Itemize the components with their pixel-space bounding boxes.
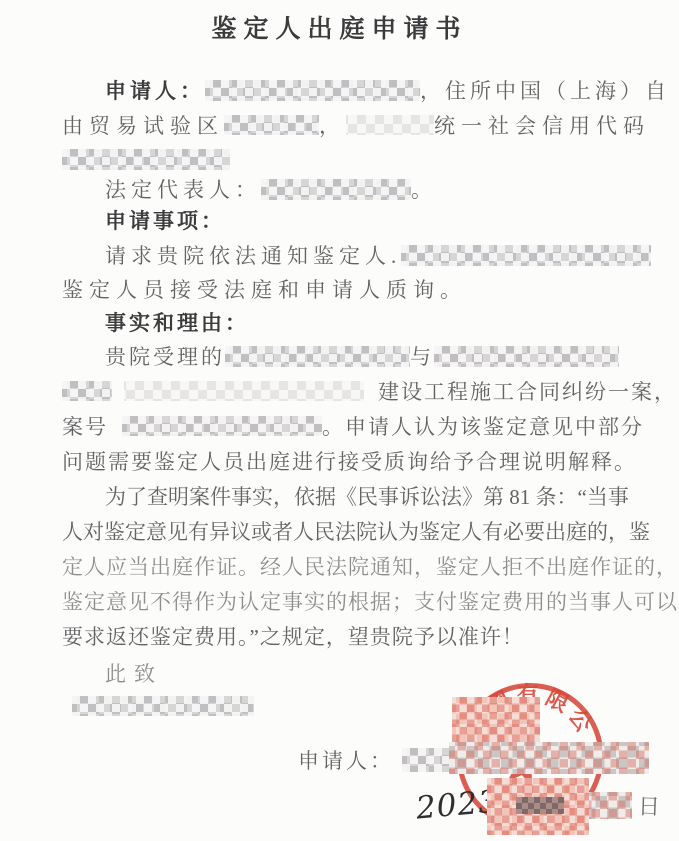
redaction-block [434, 346, 619, 367]
redaction-block [122, 416, 322, 436]
law-run-2: 人对鉴定意见有异议或者人民法院认为鉴定人有必要出庭的，鉴 [62, 516, 650, 546]
redaction-block [401, 245, 651, 266]
comma: ， [319, 110, 346, 140]
redaction-block [402, 748, 454, 772]
facts-run-2: 与 [410, 341, 434, 371]
request-line-2: 鉴定人员接受法庭和申请人质询。 [62, 276, 467, 302]
law-line-1: 为了查明案件事实，依据《民事诉讼法》第 81 条：“当事 [105, 483, 629, 509]
applicant-line-3 [62, 146, 230, 172]
facts-run-3: 建设工程施工合同纠纷一案， [378, 376, 677, 406]
redaction-block [346, 115, 434, 135]
request-line-1: 请求贵院依法通知鉴定人. [105, 242, 651, 268]
law-run-5: 要求返还鉴定费用。”之规定，望贵院予以准许！ [62, 621, 524, 651]
facts-line-1: 贵院受理的与 [105, 343, 619, 369]
redaction-block [62, 381, 112, 401]
applicant-label: 申请人： [105, 75, 205, 105]
address-run-2: 由贸易试验区 [62, 110, 224, 140]
law-line-5: 要求返还鉴定费用。”之规定，望贵院予以准许！ [62, 623, 524, 649]
law-run-3: 定人应当出庭作证。经人民法院通知，鉴定人拒不出庭作证的， [62, 551, 678, 581]
section-facts-heading: 事实和理由： [105, 309, 249, 335]
request-run-1: 请求贵院依法通知鉴定人. [105, 240, 401, 270]
law-run-1: 为了查明案件事实，依据《民事诉讼法》第 81 条：“当事 [105, 481, 629, 511]
salute-text: 此致 [105, 658, 163, 688]
request-heading: 申请事项： [105, 205, 225, 235]
facts-heading: 事实和理由： [105, 307, 249, 337]
seal-redaction-patch [452, 697, 540, 747]
court-line [72, 693, 254, 719]
law-run-4: 鉴定意见不得作为认定事实的根据；支付鉴定费用的当事人可以 [62, 586, 678, 616]
legal-rep-label: 法定代表人： [105, 174, 261, 204]
facts-run-4: 。申请人认为该鉴定意见中部分 [322, 411, 644, 441]
facts-run-1: 贵院受理的 [105, 341, 225, 371]
facts-line-4: 问题需要鉴定人员出庭进行接受质询给予合理说明解释。 [62, 448, 637, 474]
signature-applicant-label: 申请人： [298, 745, 394, 775]
document-body: 申请人：，住所中国（上海）自由贸易试验区，统一社会信用代码法定代表人：。申请事项… [0, 0, 679, 841]
redaction-block [261, 179, 411, 200]
request-run-2: 鉴定人员接受法庭和申请人质询。 [62, 274, 467, 304]
case-number-label: 案号 [62, 411, 108, 441]
facts-line-3: 案号。申请人认为该鉴定意见中部分 [62, 413, 644, 439]
address-run-1: ，住所中国（上海）自 [420, 75, 670, 105]
seal-redaction-patch [516, 797, 564, 814]
redaction-block [205, 80, 420, 101]
section-request-heading: 申请事项： [105, 207, 225, 233]
redaction-block [124, 381, 364, 401]
redaction-block [224, 115, 319, 135]
redaction-block [62, 149, 230, 170]
signature-line: 申请人： [298, 747, 454, 773]
applicant-line-1: 申请人：，住所中国（上海）自 [105, 77, 670, 103]
credit-code-label: 统一社会信用代码 [434, 110, 650, 140]
scanned-document-page: 鉴定人出庭申请书 申请人：，住所中国（上海）自由贸易试验区，统一社会信用代码法定… [0, 0, 679, 841]
applicant-line-2: 由贸易试验区，统一社会信用代码 [62, 112, 650, 138]
redaction-block [72, 696, 254, 716]
salute-line: 此致 [105, 660, 163, 686]
redaction-block [225, 346, 410, 367]
law-line-3: 定人应当出庭作证。经人民法院通知，鉴定人拒不出庭作证的， [62, 553, 678, 579]
period: 。 [411, 174, 437, 204]
facts-line-2: 建设工程施工合同纠纷一案， [62, 378, 677, 404]
facts-run-5: 问题需要鉴定人员出庭进行接受质询给予合理说明解释。 [62, 446, 637, 476]
legal-representative-line: 法定代表人：。 [105, 176, 437, 202]
date-day-suffix: 日 [637, 789, 661, 821]
law-line-4: 鉴定意见不得作为认定事实的根据；支付鉴定费用的当事人可以 [62, 588, 678, 614]
seal-redaction-patch [449, 742, 649, 774]
law-line-2: 人对鉴定意见有异议或者人民法院认为鉴定人有必要出庭的，鉴 [62, 518, 650, 544]
